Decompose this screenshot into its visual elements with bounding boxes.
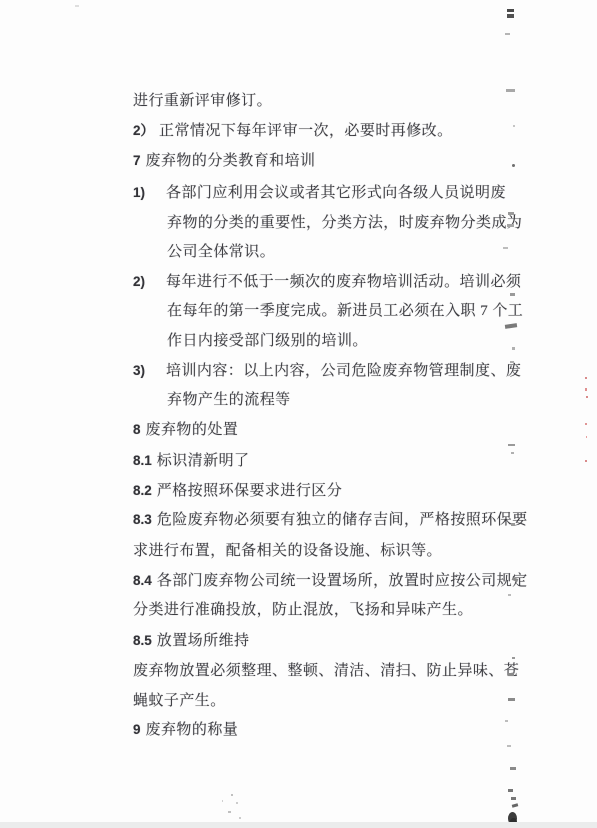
scan-speck — [508, 789, 513, 792]
scan-speck — [586, 436, 587, 438]
scan-speck — [511, 452, 514, 454]
line-text: 公司全体常识。 — [167, 244, 275, 260]
list-item: 1)各部门应利用会议或者其它形式向各级人员说明废 — [133, 183, 506, 203]
line-number: 8.1 — [133, 453, 152, 468]
scan-speck — [585, 377, 587, 379]
scan-speck — [586, 396, 588, 398]
line-text: 废弃物的分类教育和培训 — [146, 153, 316, 169]
list-item: 3)培训内容：以上内容，公司危险废弃物管理制度、废 — [133, 361, 521, 381]
scan-speck — [508, 444, 515, 446]
line-text: 弃物产生的流程等 — [167, 392, 291, 408]
text-line: 公司全体常识。 — [167, 242, 275, 262]
line-text: 每年进行不低于一频次的废弃物培训活动。培训必须 — [166, 274, 521, 290]
text-line: 在每年的第一季度完成。新进员工必须在入职 7 个工 — [167, 301, 523, 321]
scan-speck — [512, 657, 515, 659]
line-number: 2） — [133, 123, 154, 138]
scan-speck — [507, 9, 514, 12]
line-text: 废弃物的称量 — [146, 722, 239, 738]
scan-edge-strip — [0, 822, 597, 828]
section-heading: 8废弃物的处置 — [133, 420, 238, 440]
line-text: 标识清新明了 — [157, 453, 250, 469]
text-line: 作日内接受部门级别的培训。 — [167, 331, 368, 351]
scan-speck — [506, 89, 515, 92]
section-heading: 8.4各部门废弃物公司统一设置场所，放置时应按公司规定 — [133, 571, 528, 591]
line-text: 分类进行准确投放，防止混放，飞扬和异味产生。 — [133, 602, 473, 618]
scan-speck — [512, 803, 519, 807]
line-number: 2) — [133, 272, 166, 292]
line-number: 7 — [133, 153, 141, 168]
line-text: 蝇蚊子产生。 — [133, 693, 226, 709]
line-number: 1) — [133, 183, 166, 203]
scan-speck — [510, 767, 516, 770]
scan-speck — [239, 817, 241, 819]
line-text: 在每年的第一季度完成。新进员工必须在入职 7 个工 — [167, 303, 523, 319]
line-text: 培训内容：以上内容，公司危险废弃物管理制度、废 — [166, 363, 521, 379]
line-text: 放置场所维持 — [157, 633, 250, 649]
section-heading: 7废弃物的分类教育和培训 — [133, 151, 315, 171]
scan-speck — [236, 802, 238, 804]
text-line: 分类进行准确投放，防止混放，飞扬和异味产生。 — [133, 600, 473, 620]
scan-speck — [503, 247, 508, 249]
line-text: 危险废弃物必须要有独立的储存吉间，严格按照环保要 — [157, 512, 528, 528]
section-heading: 8.1标识清新明了 — [133, 451, 249, 471]
scan-speck — [508, 594, 511, 596]
line-text: 正常情况下每年评审一次，必要时再修改。 — [159, 123, 453, 139]
scan-speck — [512, 164, 515, 167]
text-line: 进行重新评审修订。 — [133, 91, 272, 111]
section-heading: 8.3危险废弃物必须要有独立的储存吉间，严格按照环保要 — [133, 510, 528, 530]
text-line: 求进行布置，配备相关的设备设施、标识等。 — [133, 541, 442, 561]
line-text: 严格按照环保要求进行区分 — [157, 483, 342, 499]
scan-speck — [508, 698, 515, 701]
section-heading: 8.5放置场所维持 — [133, 631, 249, 651]
text-line: 蝇蚊子产生。 — [133, 691, 226, 711]
line-text: 各部门废弃物公司统一设置场所，放置时应按公司规定 — [157, 573, 528, 589]
line-number: 3) — [133, 361, 166, 381]
section-heading: 8.2严格按照环保要求进行区分 — [133, 481, 342, 501]
line-text: 作日内接受部门级别的培训。 — [167, 333, 368, 349]
scan-speck — [231, 794, 233, 796]
text-line: 废弃物放置必须整理、整顿、清洁、清扫、防止异味、苍 — [133, 661, 519, 681]
scan-speck — [513, 125, 515, 127]
scan-speck — [510, 293, 515, 296]
section-heading: 9废弃物的称量 — [133, 720, 238, 740]
line-text: 弃物的分类的重要性，分类方法，时废弃物分类成为 — [167, 215, 522, 231]
line-text: 废弃物的处置 — [146, 422, 239, 438]
text-line: 弃物的分类的重要性，分类方法，时废弃物分类成为 — [167, 213, 522, 233]
scan-speck — [512, 347, 515, 350]
line-number: 8 — [133, 422, 141, 437]
scan-speck — [507, 745, 511, 747]
line-number: 8.3 — [133, 512, 152, 527]
scan-speck — [505, 33, 510, 35]
scan-speck — [585, 460, 587, 462]
scan-speck — [511, 523, 515, 526]
scan-speck — [510, 361, 514, 363]
text-line: 弃物产生的流程等 — [167, 390, 291, 410]
scan-speck — [508, 212, 514, 215]
line-number: 8.4 — [133, 573, 152, 588]
scan-speck — [505, 323, 517, 329]
line-number: 8.5 — [133, 633, 152, 648]
scan-speck — [228, 811, 231, 813]
scan-speck — [505, 720, 508, 722]
scan-speck — [585, 423, 587, 425]
scanned-page: 进行重新评审修订。 2）正常情况下每年评审一次，必要时再修改。 7废弃物的分类教… — [0, 0, 597, 828]
scan-speck — [75, 5, 79, 7]
line-text: 废弃物放置必须整理、整顿、清洁、清扫、防止异味、苍 — [133, 663, 519, 679]
scan-speck — [222, 800, 223, 802]
scan-speck — [507, 14, 514, 18]
scan-speck — [508, 673, 514, 676]
list-item: 2)每年进行不低于一频次的废弃物培训活动。培训必须 — [133, 272, 521, 292]
text-line: 2）正常情况下每年评审一次，必要时再修改。 — [133, 121, 453, 141]
scan-speck — [511, 797, 516, 800]
line-text: 求进行布置，配备相关的设备设施、标识等。 — [133, 543, 442, 559]
scan-speck — [585, 388, 587, 391]
line-text: 各部门应利用会议或者其它形式向各级人员说明废 — [166, 185, 506, 201]
line-number: 9 — [133, 722, 141, 737]
line-number: 8.2 — [133, 483, 152, 498]
scan-speck — [507, 224, 514, 227]
line-text: 进行重新评审修订。 — [133, 93, 272, 109]
